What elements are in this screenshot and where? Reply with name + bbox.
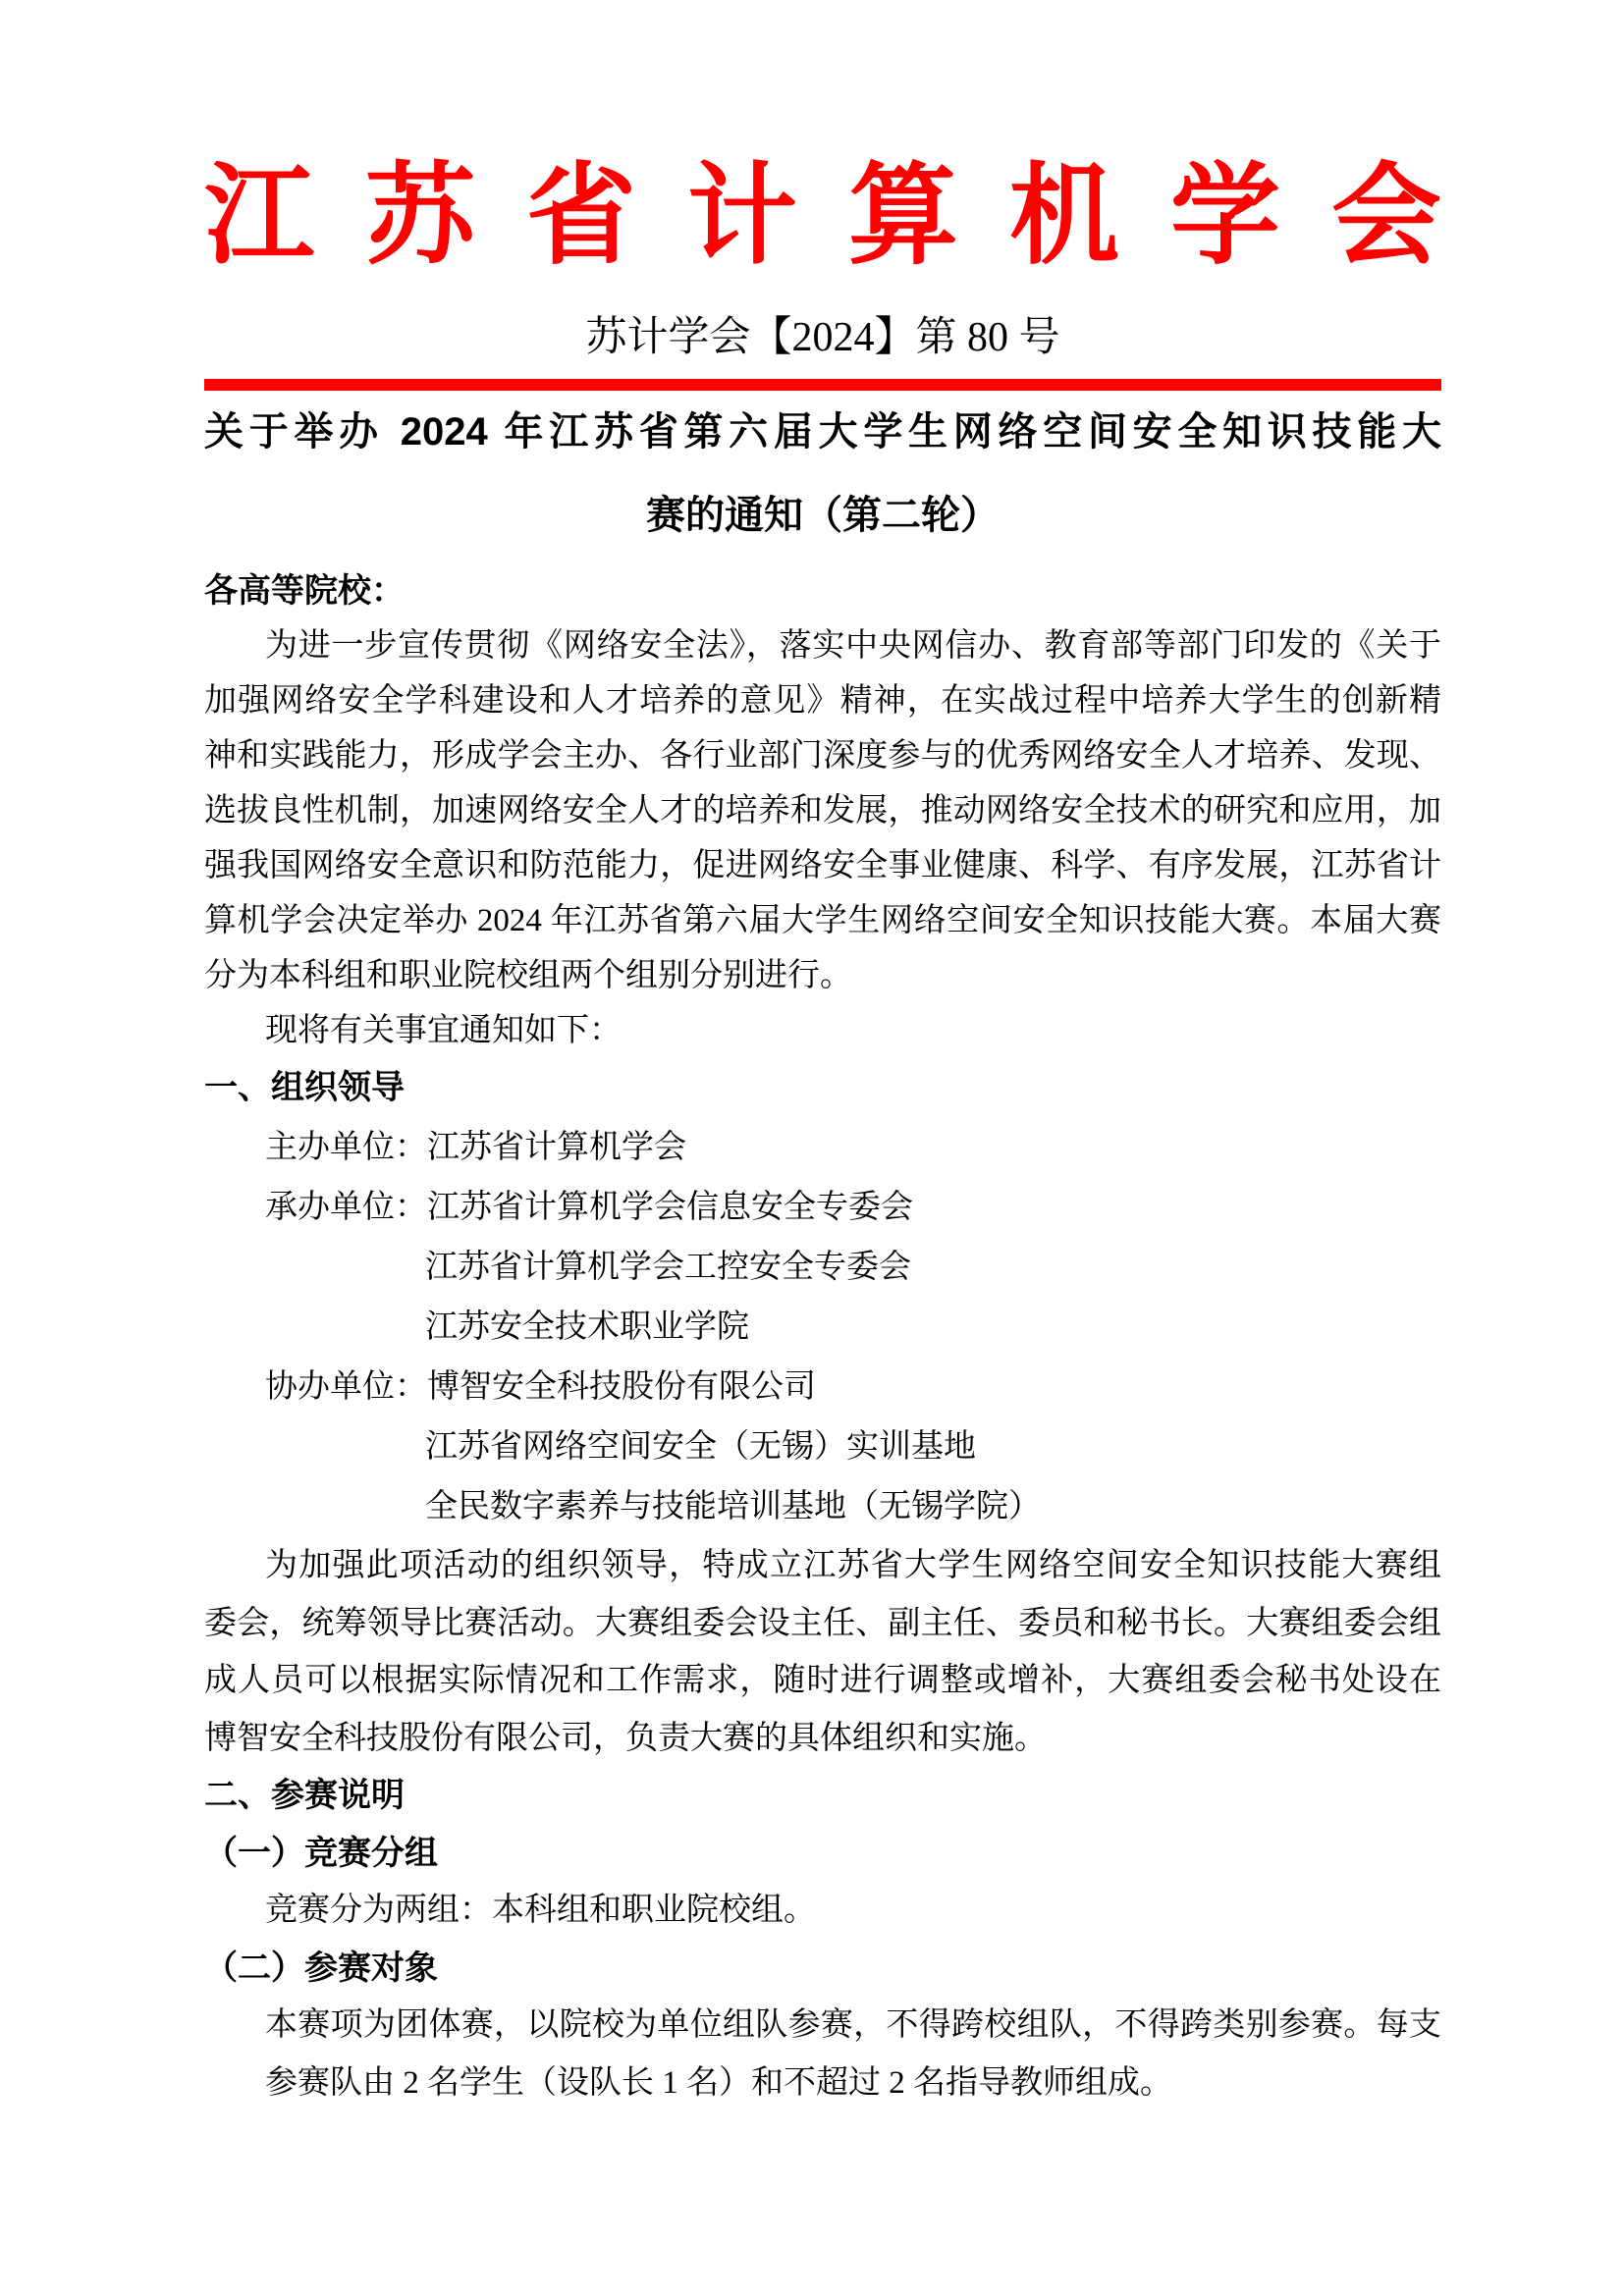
document-content: 江苏省计算机学会 苏计学会【2024】第 80 号 关于举办 2024 年江苏省…	[0, 0, 1623, 2111]
org-unit-line: 主办单位：江苏省计算机学会	[204, 1118, 1441, 1178]
salutation: 各高等院校：	[204, 563, 1441, 618]
sub2-text-line: 本赛项为团体赛，以院校为单位组队参赛，不得跨校组队，不得跨类别参赛。每支	[204, 1997, 1441, 2055]
para3-line: 为加强此项活动的组织领导，特成立江苏省大学生网络空间安全知识技能大赛组	[204, 1537, 1441, 1595]
section2-heading: 二、参赛说明	[204, 1767, 1441, 1825]
org-unit-line: 江苏安全技术职业学院	[204, 1298, 1441, 1358]
sub1-text-line: 竞赛分为两组：本科组和职业院校组。	[204, 1882, 1441, 1940]
org-unit-line: 承办单位：江苏省计算机学会信息安全专委会	[204, 1178, 1441, 1238]
section2-sub1-heading: （一）竞赛分组	[204, 1825, 1441, 1883]
org-unit-line: 协办单位：博智安全科技股份有限公司	[204, 1358, 1441, 1417]
org-unit-line: 江苏省网络空间安全（无锡）实训基地	[204, 1417, 1441, 1477]
para1-line: 分为本科组和职业院校组两个组别分别进行。	[204, 948, 1441, 1003]
para1-line: 为进一步宣传贯彻《网络安全法》，落实中央网信办、教育部等部门印发的《关于	[204, 618, 1441, 673]
notice-title-line2: 赛的通知（第二轮）	[204, 474, 1441, 558]
section2-sub2-heading: （二）参赛对象	[204, 1940, 1441, 1998]
para1-line: 算机学会决定举办 2024 年江苏省第六届大学生网络空间安全知识技能大赛。本届大…	[204, 893, 1441, 948]
section1-paragraph-and-section2: 为加强此项活动的组织领导，特成立江苏省大学生网络空间安全知识技能大赛组 委会，统…	[204, 1537, 1441, 2111]
para3-line: 博智安全科技股份有限公司，负责大赛的具体组织和实施。	[204, 1710, 1441, 1768]
para3-line: 委会，统筹领导比赛活动。大赛组委会设主任、副主任、委员和秘书长。大赛组委会组	[204, 1595, 1441, 1653]
para1-line: 神和实践能力，形成学会主办、各行业部门深度参与的优秀网络安全人才培养、发现、	[204, 728, 1441, 783]
sub2-text-line: 参赛队由 2 名学生（设队长 1 名）和不超过 2 名指导教师组成。	[204, 2055, 1441, 2112]
notice-title-line1: 关于举办 2024 年江苏省第六届大学生网络空间安全知识技能大	[204, 391, 1441, 474]
para3-line: 成人员可以根据实际情况和工作需求，随时进行调整或增补，大赛组委会秘书处设在	[204, 1652, 1441, 1710]
para1-line: 选拔良性机制，加速网络安全人才的培养和发展，推动网络安全技术的研究和应用，加	[204, 783, 1441, 838]
para1-line: 加强网络安全学科建设和人才培养的意见》精神，在实战过程中培养大学生的创新精	[204, 673, 1441, 728]
org-unit-line: 江苏省计算机学会工控安全专委会	[204, 1238, 1441, 1298]
org-name-title: 江苏省计算机学会	[204, 0, 1441, 275]
red-divider-rule	[204, 379, 1441, 391]
intro-block: 各高等院校： 为进一步宣传贯彻《网络安全法》，落实中央网信办、教育部等部门印发的…	[204, 563, 1441, 1058]
para2-line: 现将有关事宜通知如下：	[204, 1003, 1441, 1058]
document-page: 江苏省计算机学会 苏计学会【2024】第 80 号 关于举办 2024 年江苏省…	[0, 0, 1623, 2296]
org-unit-line: 全民数字素养与技能培训基地（无锡学院）	[204, 1477, 1441, 1537]
section1-org-list: 一、组织领导 主办单位：江苏省计算机学会 承办单位：江苏省计算机学会信息安全专委…	[204, 1058, 1441, 1537]
section1-heading: 一、组织领导	[204, 1058, 1441, 1118]
para1-line: 强我国网络安全意识和防范能力，促进网络安全事业健康、科学、有序发展，江苏省计	[204, 838, 1441, 893]
doc-number: 苏计学会【2024】第 80 号	[204, 314, 1441, 361]
